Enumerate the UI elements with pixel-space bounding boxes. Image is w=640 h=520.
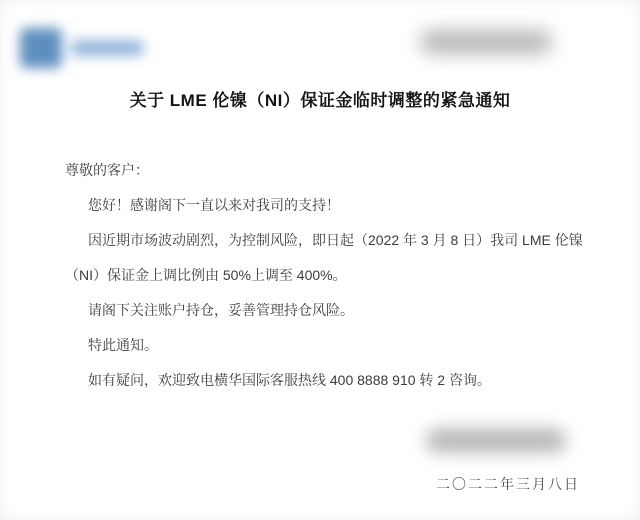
body-line: 您好！感谢阁下一直以来对我司的支持！: [88, 195, 583, 215]
company-logo-wordmark: [70, 40, 144, 56]
signature-redacted: [426, 428, 566, 453]
body-line: （NI）保证金上调比例由 50%上调至 400%。: [65, 265, 583, 285]
company-logo-icon: [20, 28, 62, 68]
notice-date: 二〇二二年三月八日: [436, 474, 580, 494]
salutation: 尊敬的客户：: [65, 160, 583, 180]
notice-title: 关于 LME 伦镍（NI）保证金临时调整的紧急通知: [0, 86, 640, 111]
body-line: 特此通知。: [88, 335, 583, 355]
body-line: 如有疑问，欢迎致电横华国际客服热线 400 8888 910 转 2 咨询。: [88, 370, 583, 390]
notice-body: 尊敬的客户： 您好！感谢阁下一直以来对我司的支持！ 因近期市场波动剧烈，为控制风…: [65, 160, 583, 390]
body-line: 请阁下关注账户持仓，妥善管理持仓风险。: [88, 300, 583, 320]
header-company-name-redacted: [420, 30, 552, 54]
notice-document: 关于 LME 伦镍（NI）保证金临时调整的紧急通知 尊敬的客户： 您好！感谢阁下…: [0, 0, 640, 520]
body-line: 因近期市场波动剧烈，为控制风险，即日起（2022 年 3 月 8 日）我司 LM…: [88, 230, 583, 250]
